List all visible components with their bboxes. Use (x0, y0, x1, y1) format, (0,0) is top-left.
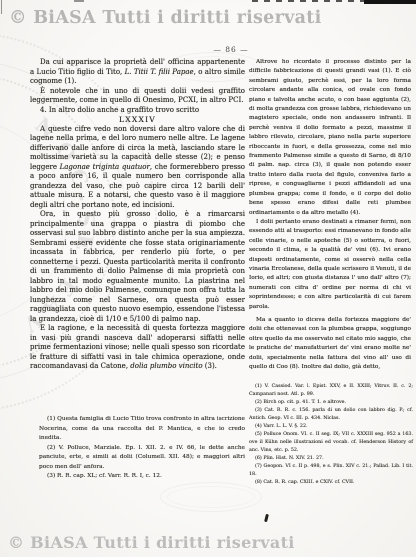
inscription-heading: LXXXIV (30, 115, 245, 125)
scan-artifact-bar (364, 0, 416, 4)
footnote: (7) Geopon. VI c. II p. 498, e s. Plin. … (249, 463, 413, 479)
embossed-oval-bottom-inner (167, 486, 255, 508)
latin-phrase: dolia plumbo vincito (130, 362, 202, 370)
footnote: (3) Cat. R. R. c. 156. parla di un dolio… (249, 407, 413, 423)
ink-speck (264, 514, 269, 522)
copyright-watermark-bottom: © BiASA Tutti i diritti riservati (8, 533, 295, 552)
copyright-watermark-top: © BiASA Tutti i diritti riservati (9, 8, 322, 28)
paragraph: Ma a quanto io diceva della fortezza mag… (249, 316, 411, 372)
footnote: (2) V. Polluce, Marziale. Ep. l. XII. 2.… (39, 444, 245, 473)
right-footnotes: (1) V. Cassiod. Var. l. Epist. XXV, e II… (249, 383, 413, 487)
paragraph: 4. In altro dolio anche a graffito trovo… (30, 106, 245, 116)
footnote: (1) Questa famiglia di Lucio Titio trova… (39, 415, 245, 444)
scan-artifact-dashes (252, 0, 364, 2)
scanned-book-page: N O C · S E I E A V © BiASA Tutti i diri… (0, 0, 416, 557)
paragraph: Ora, in questo più grosso dolio, è a rim… (30, 210, 245, 324)
latin-phrase: L. Titii T. filii Papae (125, 68, 194, 76)
footnote: (3) R. R. cap. XL; cf. Varr. R. R. I, c.… (39, 472, 245, 482)
paragraph: Da cui apparisce la proprietà dell' offi… (30, 58, 245, 87)
left-footnotes: (1) Questa famiglia di Lucio Titio trova… (39, 415, 245, 482)
scan-artifact-tick (74, 0, 84, 2)
footnote: (6) Plin. Hist. N. XIV. 21. 27. (249, 455, 413, 463)
footnote: (2) Birch op. cit. p. 41. T. 1. e altrov… (249, 399, 413, 407)
right-text-column: Altrove ho ricordato il processo distint… (249, 58, 411, 372)
paragraph-text: (3). (203, 362, 217, 370)
paragraph: A queste cifre vedo non doversi dare alt… (30, 125, 245, 211)
footnote: (4) Varr. L. L. V. §. 22. (249, 423, 413, 431)
paragraph: È notevole che in uno di questi dolii ve… (30, 87, 245, 106)
paragraph: E la ragione, e la necessità di questa f… (30, 324, 245, 372)
footnote: (8) Cat. R. R. cap. CXIII. e CXIV. cf. C… (249, 479, 413, 487)
footnote: (5) Polluce Onom. VI. c. II seg. IX; VII… (249, 431, 413, 455)
left-text-column: Da cui apparisce la proprietà dell' offi… (30, 58, 245, 372)
scan-artifact-left-line (1, 0, 2, 14)
footnote: (1) V. Cassiod. Var. l. Epist. XXV, e II… (249, 383, 413, 399)
paragraph: I dolii pertanto erano destinati a riman… (249, 218, 411, 312)
latin-phrase: Lagonae triginta quatuor (60, 163, 150, 171)
paragraph: Altrove ho ricordato il processo distint… (249, 58, 411, 218)
